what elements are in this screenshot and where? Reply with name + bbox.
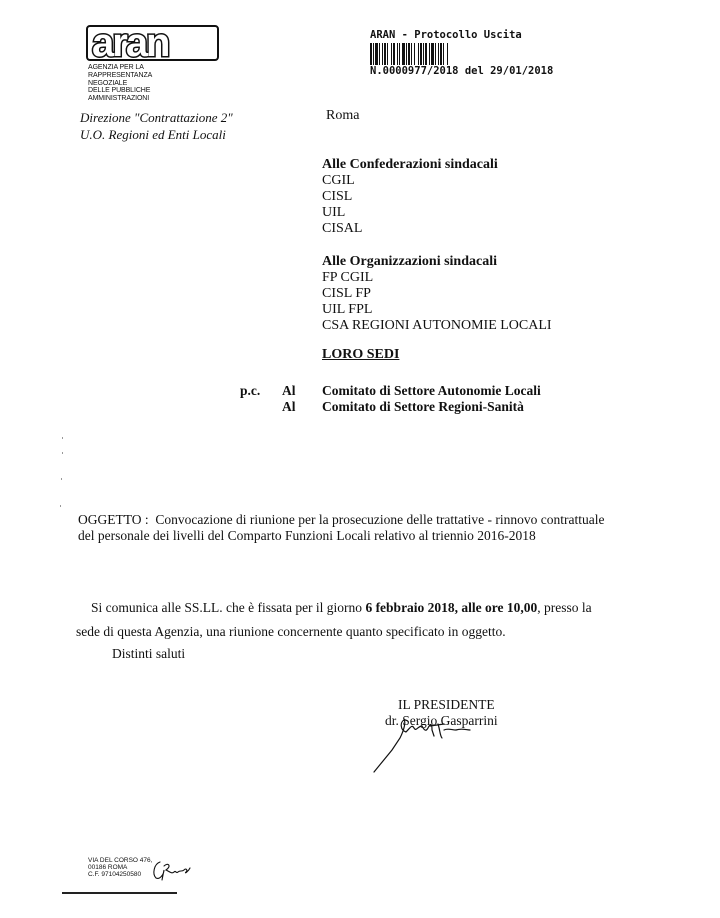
footer-address: VIA DEL CORSO 476, 00186 ROMA C.F. 97104… [88,857,152,878]
agency-line: NEGOZIALE [88,80,152,88]
recipient: CISL [322,189,498,205]
recipient: CSA REGIONI AUTONOMIE LOCALI [322,318,552,334]
subject-line: Convocazione di riunione per la prosecuz… [155,512,604,527]
recipient: CISL FP [322,286,552,302]
agency-line: AGENZIA PER LA [88,64,152,72]
footer-line: VIA DEL CORSO 476, [88,857,152,864]
agency-name: AGENZIA PER LA RAPPRESENTANZA NEGOZIALE … [88,64,152,103]
recipients-heading: Alle Organizzazioni sindacali [322,254,552,270]
recipients-confederations: Alle Confederazioni sindacali CGIL CISL … [322,157,498,237]
recipient: UIL [322,205,498,221]
handwritten-signature-icon [370,700,510,780]
recipients-heading: Alle Confederazioni sindacali [322,157,498,173]
cc-prefix: Al [282,383,296,399]
protocol-title: ARAN - Protocollo Uscita [370,29,522,41]
subject-block: OGGETTO : Convocazione di riunione per l… [78,512,698,544]
subject-line: del personale dei livelli del Comparto F… [78,528,698,544]
cc-label: p.c. [240,383,260,399]
aran-logo: aran [86,25,221,63]
body-text: , presso la [537,600,591,615]
closing: Distinti saluti [112,646,185,662]
agency-line: AMMINISTRAZIONI [88,95,152,103]
barcode-icon [370,43,518,65]
recipient: UIL FPL [322,302,552,318]
initials-signature-icon [150,858,200,882]
scan-speck [60,505,61,507]
scan-speck [62,437,63,439]
direction-line: Direzione "Contrattazione 2" [80,109,233,126]
logo-text: aran [92,25,169,61]
recipient: FP CGIL [322,270,552,286]
direction-block: Direzione "Contrattazione 2" U.O. Region… [80,109,233,143]
footer-line: C.F. 97104250580 [88,871,152,878]
footer-rule [62,892,177,894]
scan-speck [62,452,63,454]
recipient: CGIL [322,173,498,189]
recipients-organizations: Alle Organizzazioni sindacali FP CGIL CI… [322,254,552,334]
unit-line: U.O. Regioni ed Enti Locali [80,126,233,143]
place: Roma [326,108,359,124]
cc-recipient: Comitato di Settore Regioni-Sanità [322,399,524,415]
body-line: sede di questa Agenzia, una riunione con… [76,624,506,640]
cc-prefix: Al [282,399,296,415]
footer-line: 00186 ROMA [88,864,152,871]
agency-line: DELLE PUBBLICHE [88,87,152,95]
meeting-date: 6 febbraio 2018, alle ore 10,00 [365,600,537,615]
cc-recipient: Comitato di Settore Autonomie Locali [322,383,541,399]
scan-speck [61,478,62,480]
agency-line: RAPPRESENTANZA [88,72,152,80]
subject-label: OGGETTO : [78,512,149,527]
recipient: CISAL [322,221,498,237]
protocol-number: N.0000977/2018 del 29/01/2018 [370,65,553,77]
loro-sedi: LORO SEDI [322,347,399,363]
body-paragraph: Si comunica alle SS.LL. che è fissata pe… [91,600,592,616]
body-text: Si comunica alle SS.LL. che è fissata pe… [91,600,365,615]
